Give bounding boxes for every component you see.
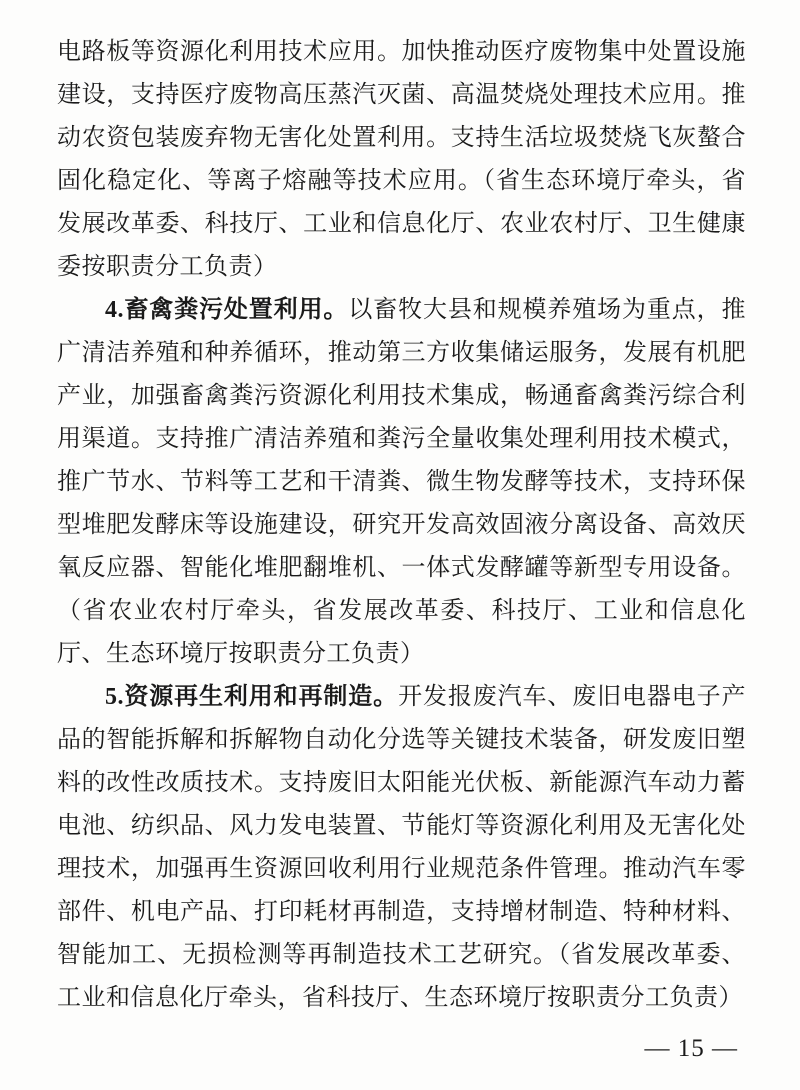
paragraph-continuation: 电路板等资源化利用技术应用。加快推动医疗废物集中处置设施建设，支持医疗废物高压蒸… bbox=[57, 31, 746, 289]
page-body: 电路板等资源化利用技术应用。加快推动医疗废物集中处置设施建设，支持医疗废物高压蒸… bbox=[57, 31, 746, 1020]
paragraph-body: 电路板等资源化利用技术应用。加快推动医疗废物集中处置设施建设，支持医疗废物高压蒸… bbox=[57, 39, 746, 280]
paragraph-item-4: 4.畜禽粪污处置利用。以畜牧大县和规模养殖场为重点，推广清洁养殖和种养循环，推动… bbox=[57, 289, 746, 676]
paragraph-heading: 5.资源再生利用和再制造。 bbox=[105, 684, 398, 710]
paragraph-item-5: 5.资源再生利用和再制造。开发报废汽车、废旧电器电子产品的智能拆解和拆解物自动化… bbox=[57, 676, 746, 1020]
paragraph-body: 以畜牧大县和规模养殖场为重点，推广清洁养殖和种养循环，推动第三方收集储运服务，发… bbox=[57, 297, 746, 667]
page-number: — 15 — bbox=[645, 1034, 739, 1064]
document-page: 电路板等资源化利用技术应用。加快推动医疗废物集中处置设施建设，支持医疗废物高压蒸… bbox=[0, 0, 800, 1090]
paragraph-body: 开发报废汽车、废旧电器电子产品的智能拆解和拆解物自动化分选等关键技术装备，研发废… bbox=[57, 684, 746, 1011]
paragraph-heading: 4.畜禽粪污处置利用。 bbox=[105, 297, 348, 323]
